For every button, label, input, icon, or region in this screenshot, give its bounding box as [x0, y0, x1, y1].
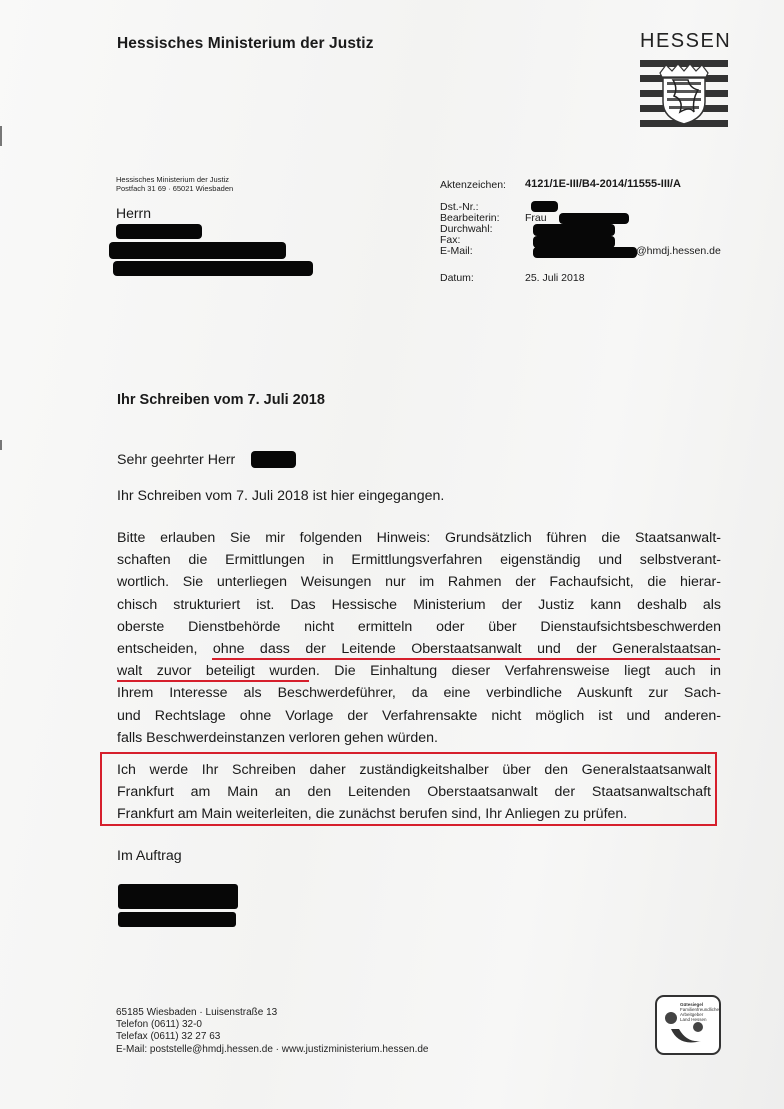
seal-text: Gütesiegel Familienfreundlicher Arbeitge…: [680, 1002, 721, 1022]
letter-paragraph-notice: Bitte erlauben Sie mir folgenden Hinweis…: [117, 527, 721, 749]
paragraph-line: chisch strukturiert ist. Das Hessische M…: [117, 594, 721, 616]
paragraph-line: falls Beschwerdeinstanzen verloren gehen…: [117, 727, 721, 749]
footer-telefon: Telefon (0611) 32-0: [116, 1019, 429, 1031]
redacted-email-user: [533, 247, 637, 258]
paragraph-line: Frankfurt am Main weiterleiten, die zunä…: [117, 803, 711, 825]
datum-value: 25. Juli 2018: [525, 272, 585, 284]
redacted-recipient-name: [116, 224, 202, 239]
hessen-wordmark: HESSEN: [640, 30, 731, 53]
paragraph-line: Bitte erlauben Sie mir folgenden Hinweis…: [117, 527, 721, 549]
paragraph-line: schaften die Ermittlungen in Ermittlungs…: [117, 549, 721, 571]
greeting-text: Sehr geehrter Herr: [117, 452, 235, 468]
letter-page: Hessisches Ministerium der Justiz HESSEN…: [0, 0, 784, 1109]
redacted-recipient-city: [113, 261, 313, 276]
redacted-recipient-street: [109, 242, 286, 259]
bearbeiterin-prefix: Frau: [525, 212, 547, 224]
paragraph-line: walt zuvor beteiligt wurden. Die Einhalt…: [117, 660, 721, 682]
letter-paragraph-forwarding: Ich werde Ihr Schreiben daher zuständigk…: [117, 759, 711, 825]
fold-mark: [0, 440, 2, 450]
paragraph-line: Ihrem Interesse als Beschwerdeführer, da…: [117, 682, 721, 704]
paragraph-line: und Rechtslage ohne Vorlage der Verfahre…: [117, 705, 721, 727]
paragraph-line: wortlich. Sie unterliegen Weisungen nur …: [117, 571, 721, 593]
hessen-coat-of-arms-icon: [640, 60, 728, 130]
footer-telefax: Telefax (0611) 32 27 63: [116, 1031, 429, 1043]
email-domain: @hmdj.hessen.de: [636, 245, 721, 257]
letter-greeting: Sehr geehrter Herr: [117, 449, 235, 471]
redacted-durchwahl: [533, 224, 615, 236]
aktenzeichen-label: Aktenzeichen:: [440, 179, 506, 191]
redacted-dst-nr: [531, 201, 558, 212]
red-underline-annotation: [212, 658, 720, 660]
datum-label: Datum:: [440, 272, 474, 284]
footer-address: 65185 Wiesbaden · Luisenstraße 13: [116, 1007, 429, 1019]
fold-mark: [0, 126, 2, 146]
letter-subject: Ihr Schreiben vom 7. Juli 2018: [117, 392, 325, 408]
ministry-title: Hessisches Ministerium der Justiz: [117, 35, 374, 53]
paragraph-line: Ich werde Ihr Schreiben daher zuständigk…: [117, 759, 711, 781]
recipient-salutation: Herrn: [116, 205, 151, 221]
redacted-bearbeiterin: [559, 213, 629, 224]
sender-line-2: Postfach 31 69 · 65021 Wiesbaden: [116, 185, 233, 194]
sender-return-address: Hessisches Ministerium der Justiz Postfa…: [116, 176, 233, 193]
aktenzeichen-value: 4121/1E-III/B4-2014/11555-III/A: [525, 178, 681, 190]
footer-contact: E-Mail: poststelle@hmdj.hessen.de · www.…: [116, 1044, 429, 1056]
paragraph-line: Frankfurt am Main an den Leitenden Obers…: [117, 781, 711, 803]
letter-closing: Im Auftrag: [117, 848, 182, 864]
letter-footer: 65185 Wiesbaden · Luisenstraße 13 Telefo…: [116, 1007, 429, 1056]
redacted-signature: [118, 884, 238, 909]
redacted-signatory-name: [118, 912, 236, 927]
letter-intro: Ihr Schreiben vom 7. Juli 2018 ist hier …: [117, 485, 444, 507]
family-friendly-employer-seal-icon: Gütesiegel Familienfreundlicher Arbeitge…: [655, 995, 721, 1055]
paragraph-line: entscheiden, ohne dass der Leitende Ober…: [117, 638, 721, 660]
red-underline-annotation: [117, 680, 309, 682]
paragraph-line: oberste Dienstbehörde nicht ermitteln od…: [117, 616, 721, 638]
email-label: E-Mail:: [440, 245, 473, 257]
redacted-recipient-surname: [251, 451, 296, 468]
